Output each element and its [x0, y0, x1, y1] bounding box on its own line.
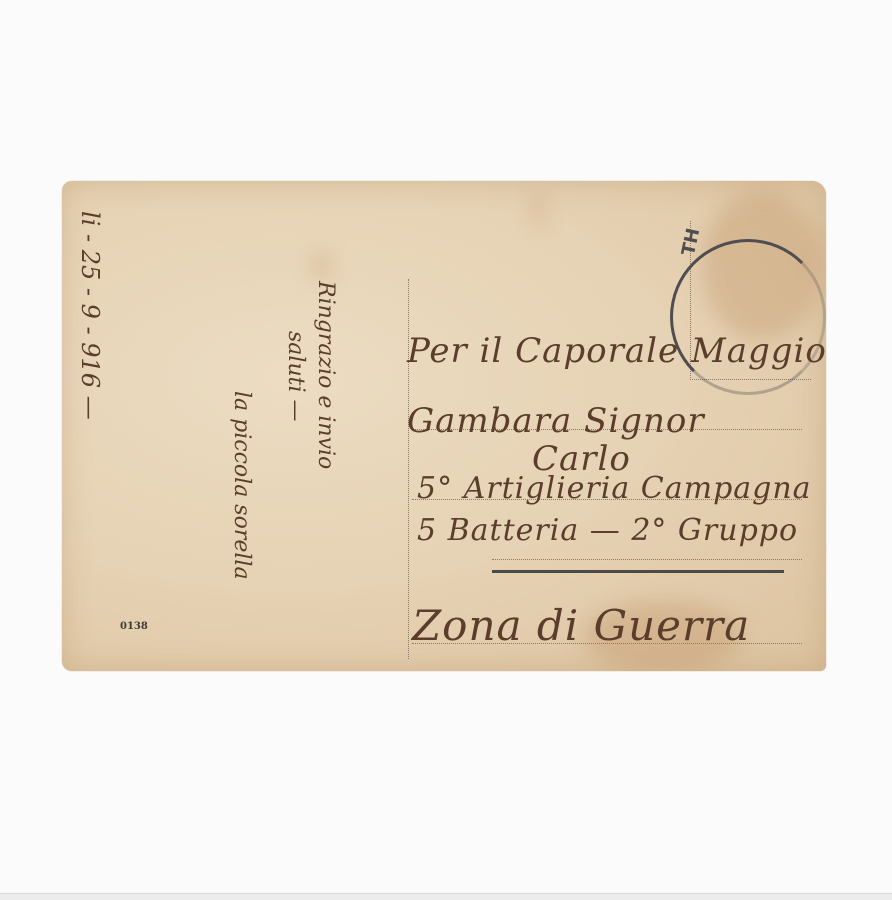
scan-bottom-edge	[0, 893, 892, 900]
address-line-2: Gambara Signor	[407, 401, 705, 441]
card-number: 0138	[120, 621, 148, 632]
postcard: TH Per il Caporale Maggiore Gambara Sign…	[62, 181, 826, 671]
message-signature: la piccola sorella	[229, 391, 254, 580]
message-line-1: Ringrazio e invio	[313, 281, 338, 469]
stain	[532, 191, 544, 231]
stain	[312, 251, 332, 281]
message-line-2: saluti —	[283, 331, 308, 421]
message-date: li - 25 - 9 - 916 —	[76, 211, 104, 420]
postmark-icon	[670, 239, 826, 395]
address-line-5: 5 Batteria — 2° Gruppo	[417, 513, 798, 548]
address-line-4: 5° Artiglieria Campagna	[417, 471, 812, 506]
address-line-6: Zona di Guerra	[412, 601, 750, 650]
address-line-1: Per il Caporale Maggiore	[407, 331, 826, 371]
address-line	[492, 559, 802, 560]
address-underline	[492, 570, 784, 573]
